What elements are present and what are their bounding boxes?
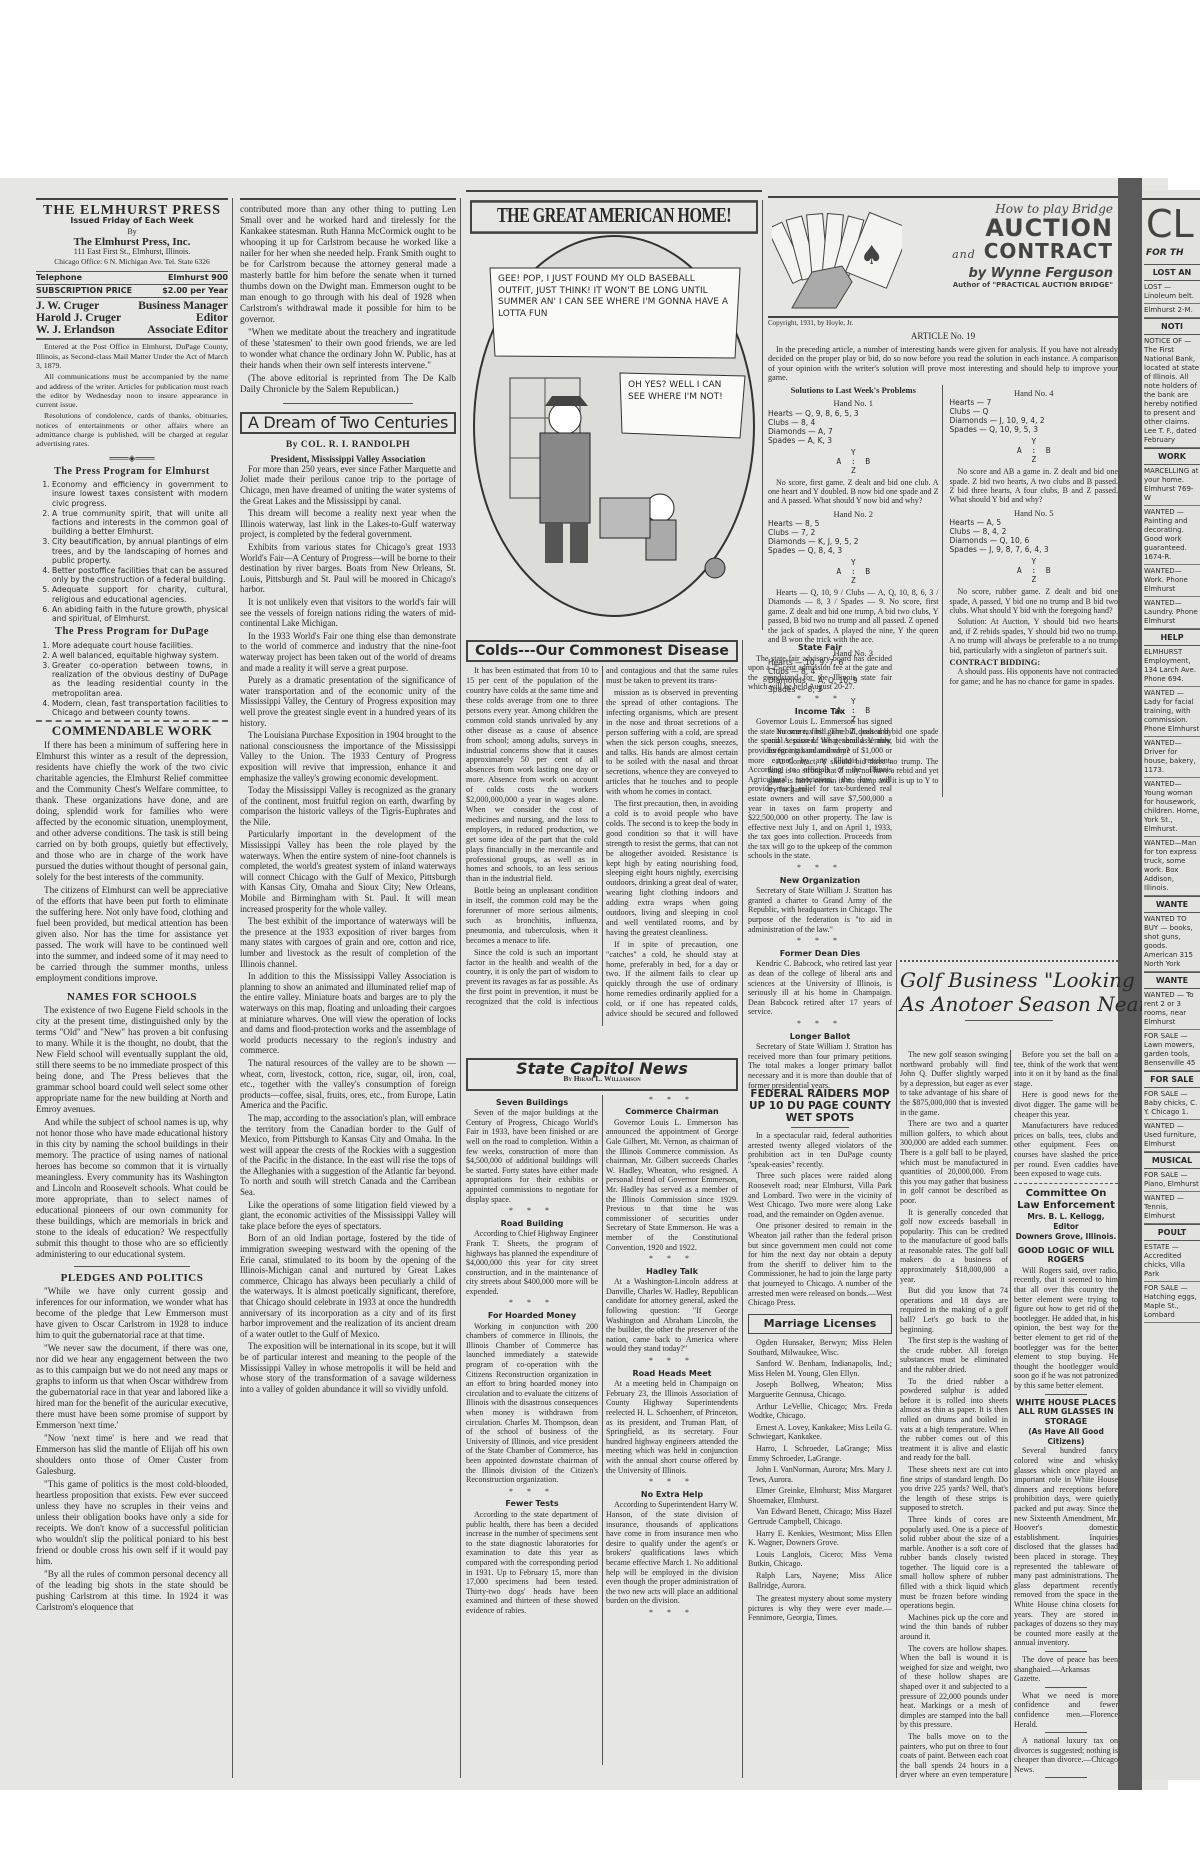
hand-suit-line: Diamonds — Q, 10, 6 xyxy=(949,536,1118,545)
column-rule xyxy=(460,198,461,1778)
program-elmhurst-list: Economy and efficiency in government to … xyxy=(36,480,228,623)
article-paragraph: "We never saw the document, if there was… xyxy=(36,1343,228,1431)
article-paragraph: A national luxury tax on divorces is sug… xyxy=(1014,1736,1118,1774)
marriage-entry: Harry E. Kenkies, Westmont; Miss Ellen K… xyxy=(748,1529,892,1548)
classified-ad: ELMHURST Employment, 134 Larch Ave. Phon… xyxy=(1144,646,1200,687)
subscription-label: SUBSCRIPTION PRICE xyxy=(36,286,132,296)
hand-title: Hand No. 1 xyxy=(768,398,938,408)
article-paragraph: Before you set the ball on a tee, think … xyxy=(1014,1050,1118,1088)
program-item: Greater co-operation between towns, in r… xyxy=(52,661,228,698)
program-item: City beautification, by annual plantings… xyxy=(52,537,228,565)
golf-article: The new golf season swinging northward p… xyxy=(900,1050,1008,1778)
article-paragraph: Kendric C. Babcock, who retired last yea… xyxy=(748,959,892,1017)
hand-title: Hand No. 5 xyxy=(949,508,1118,518)
staff-role: Editor xyxy=(196,312,228,324)
article-paragraph: Machines pick up the core and wind the t… xyxy=(900,1613,1008,1642)
program-dupage-title: The Press Program for DuPage xyxy=(36,627,228,637)
committee-subhead: WHITE HOUSE PLACES ALL RUM GLASSES IN ST… xyxy=(1014,1398,1118,1427)
bridge-column: Copyright, 1931, by Hoyle, Jr. ARTICLE N… xyxy=(768,318,1118,958)
bridge-intro: In the preceding article, a number of in… xyxy=(768,345,1118,383)
staff-role: Business Manager xyxy=(138,300,228,312)
dream-byline: By COL. R. I. RANDOLPH xyxy=(240,440,456,450)
svg-text:♠: ♠ xyxy=(860,241,883,271)
marriage-entry: Sanford W. Benham, Indianapolis, Ind.; M… xyxy=(748,1359,892,1378)
classified-section-header: MUSICAL xyxy=(1144,1152,1200,1169)
compass-grid: Y A : B Z xyxy=(768,558,938,585)
classified-ad: WANTED—Work. Phone Elmhurst xyxy=(1144,565,1200,597)
divider xyxy=(1045,1651,1087,1652)
classified-ad: LOST — Linoleum belt. xyxy=(1144,281,1200,304)
article-paragraph: Manufacturers have reduced prices on bal… xyxy=(1014,1121,1118,1179)
marriage-entry: Ogden Hunsaker, Berwyn; Miss Helen South… xyxy=(748,1338,892,1357)
hand-title: Hand No. 3 xyxy=(768,648,938,658)
separator-stars: * * * xyxy=(606,1254,738,1264)
cartoon-balloon-pop: OH YES? WELL I CAN SEE WHERE I'M NOT! xyxy=(628,380,736,403)
column-rule xyxy=(762,200,763,630)
hand-title: Hand No. 2 xyxy=(768,509,938,519)
hand-note: No score and AB a game in. Z dealt and b… xyxy=(949,467,1118,505)
staff-role: Associate Editor xyxy=(147,324,228,336)
marriage-entry: Louis Langlois, Cicero; Miss Vema Butkin… xyxy=(748,1550,892,1569)
separator-stars: * * * xyxy=(466,1298,598,1308)
article-paragraph: Purely as a dramatic presentation of the… xyxy=(240,675,456,728)
golf-headline-line2: As Anotoer Season Nears xyxy=(900,992,1118,1016)
staff-name: J. W. Cruger xyxy=(36,300,99,312)
masthead: THE ELMHURST PRESS Issued Friday of Each… xyxy=(36,206,228,463)
classified-ad: WANTED—Man for ton express truck, some w… xyxy=(1144,837,1200,896)
article-paragraph: For more than 250 years, ever since Fath… xyxy=(240,464,456,506)
article-paragraph: (The above editorial is reprinted from T… xyxy=(240,373,456,395)
article-paragraph: The balls move on to the painters, who p… xyxy=(900,1732,1008,1778)
subscription-value: $2.00 per Year xyxy=(162,286,228,296)
hand-suit-line: Spades — J, 9, 8, 7, 6, 4, 3 xyxy=(949,545,1118,554)
bridge-header: ♠ How to play Bridge AUCTION and CONTRAC… xyxy=(768,196,1118,318)
bridge-author-of: Author of "PRACTICAL AUCTION BRIDGE" xyxy=(908,281,1113,289)
classified-ad: FOR SALE — Piano, Elmhurst xyxy=(1144,1169,1200,1192)
divider xyxy=(1045,1394,1087,1395)
classified-ad: WANTED TO BUY — books, shot guns, goods.… xyxy=(1144,913,1200,972)
article-paragraph: The map, according to the association's … xyxy=(240,1113,456,1198)
dream-headline: A Dream of Two Centuries xyxy=(244,418,452,428)
hand-cards: Hearts — 8, 5Clubs — 7, 2Diamonds — K, J… xyxy=(768,519,938,555)
news-subhead: Road Building xyxy=(466,1219,598,1229)
news-subhead: For Hoarded Money xyxy=(466,1311,598,1321)
staff-name: Harold J. Cruger xyxy=(36,312,121,324)
classified-ad: FOR SALE — Baby chicks, C. Y. Chicago 1. xyxy=(1144,1088,1200,1120)
committee-subtitle: (As Have All Good Citizens) xyxy=(1014,1427,1118,1446)
article-paragraph: The dove of peace has been shanghaied.—A… xyxy=(1014,1655,1118,1684)
separator-stars: * * * xyxy=(606,1608,738,1618)
article-paragraph: "By all the rules of common personal dec… xyxy=(36,1569,228,1613)
separator-stars: * * * xyxy=(606,1477,738,1487)
bridge-copyright: Copyright, 1931, by Hoyle, Jr. xyxy=(768,318,1118,328)
article-paragraph: Bottle being an unpleasant condition in … xyxy=(466,886,598,945)
classified-section-header: FOR SALE xyxy=(1144,1071,1200,1088)
hand-cards: Hearts — A, 5Clubs — 8, 4, 2Diamonds — Q… xyxy=(949,518,1118,554)
marriage-entry: Joseph Bollweg, Wheaton; Miss Marguerite… xyxy=(748,1380,892,1399)
marriage-entry: Harro, I. Schroeder, LaGrange; Miss Emmy… xyxy=(748,1444,892,1463)
classified-section-header: WORK xyxy=(1144,448,1200,465)
hand-suit-line: Hearts — 7 xyxy=(949,398,1118,407)
compass-grid: Y A : B Z xyxy=(949,437,1118,464)
hand-suit-line: Clubs — 8, 4 xyxy=(768,418,938,427)
separator-stars: * * * xyxy=(466,1487,598,1497)
cartoon-illustration: GEE! POP, I JUST FOUND MY OLD BASEBALL O… xyxy=(470,228,758,633)
article-paragraph: The first step is the washing of the cru… xyxy=(900,1336,1008,1374)
classified-ad: WANTED—Driver for house, bakery, 1173. xyxy=(1144,737,1200,778)
golf-headline-block: Golf Business "Looking Up" As Anotoer Se… xyxy=(900,960,1118,1052)
telephone-row: TelephoneElmhurst 900 xyxy=(36,271,228,284)
article-paragraph: Three kinds of cores are popularly used.… xyxy=(900,1515,1008,1611)
hand-suit-line: Diamonds — J, 10, 9, 4, 2 xyxy=(949,416,1118,425)
hand-note: No score, rubber game. Z dealt and bid o… xyxy=(949,587,1118,615)
hand-cards: Hearts — 7Clubs — QDiamonds — J, 10, 9, … xyxy=(949,398,1118,434)
hand-cards: Hearts — Q, 9, 8, 6, 5, 3Clubs — 8, 4Dia… xyxy=(768,409,938,445)
committee-subhead: GOOD LOGIC OF WILL ROGERS xyxy=(1014,1246,1118,1265)
committee-headline: Committee On Law Enforcement xyxy=(1014,1188,1118,1212)
pledges-politics-headline: PLEDGES AND POLITICS xyxy=(36,1273,228,1283)
marriage-entry: Elmer Greinke, Elmhurst; Miss Margaret S… xyxy=(748,1486,892,1505)
cartoon-balloon-boy: GEE! POP, I JUST FOUND MY OLD BASEBALL O… xyxy=(498,274,730,320)
article-paragraph: It is not unlikely even that visitors to… xyxy=(240,597,456,629)
classifieds-tagline: FOR TH xyxy=(1146,248,1200,258)
column-2: contributed more than any other thing to… xyxy=(240,198,456,1778)
hand-suit-line: Hearts — 8, 5 xyxy=(768,519,938,528)
staff-row: W. J. ErlandsonAssociate Editor xyxy=(36,324,228,336)
program-item: Economy and efficiency in government to … xyxy=(52,480,228,508)
masthead-title: THE ELMHURST PRESS xyxy=(36,206,228,216)
article-paragraph: According to the state department of pub… xyxy=(466,1510,598,1616)
classified-ad: WANTED — Used furniture, Elmhurst xyxy=(1144,1120,1200,1152)
program-item: A true community spirit, that will unite… xyxy=(52,509,228,537)
article-paragraph: Today the Mississippi Valley is recogniz… xyxy=(240,785,456,827)
program-item: More adequate court house facilities. xyxy=(52,641,228,650)
article-paragraph: Seven of the major buildings at the Cent… xyxy=(466,1108,598,1204)
classified-ad: WANTED—Young woman for housework, childr… xyxy=(1144,778,1200,837)
news-subhead: Fewer Tests xyxy=(466,1499,598,1509)
article-paragraph: At a Washington-Lincoln address at Danvi… xyxy=(606,1277,738,1354)
article-paragraph: mission as is observed in preventing the… xyxy=(606,688,738,797)
separator-stars: * * * xyxy=(466,1206,598,1216)
article-paragraph: Here is good news for the divot digger. … xyxy=(1014,1090,1118,1119)
committee-column: Before you set the ball on a tee, think … xyxy=(1014,1050,1118,1778)
article-paragraph: The citizens of Elmhurst can well be app… xyxy=(36,885,228,984)
masthead-address: 111 East First St., Elmhurst, Illinois. xyxy=(36,247,228,257)
hand-suit-line: Diamonds — A, Q, 10, 9 xyxy=(768,676,938,685)
article-paragraph: To the dried rubber a powdered sulphur i… xyxy=(900,1377,1008,1463)
capitol-news: State Capitol News By Hiram L. Williamso… xyxy=(466,1058,738,1778)
notice-text: Resolutions of condolence, cards of than… xyxy=(36,411,228,448)
article-paragraph: In addition to this the Mississippi Vall… xyxy=(240,971,456,1056)
article-paragraph: "While we have only current gossip and i… xyxy=(36,1286,228,1341)
classified-section-header: WANTE xyxy=(1144,896,1200,913)
article-paragraph: One prisoner desired to remain in the Wh… xyxy=(748,1221,892,1307)
subscription-row: SUBSCRIPTION PRICE$2.00 per Year xyxy=(36,284,228,297)
classified-section-header: LOST AN xyxy=(1144,264,1200,281)
bridge-solutions-left: Solutions to Last Week's Problems Hand N… xyxy=(768,385,943,797)
classified-ad: WANTED — Tennis, Elmhurst xyxy=(1144,1192,1200,1224)
compass-grid: Y A : B Z xyxy=(949,557,1118,584)
column-rule xyxy=(1010,1050,1011,1778)
hand-suit-line: Spades — 8, 3 xyxy=(768,685,938,694)
article-paragraph: Working in conjunction with 200 chambers… xyxy=(466,1322,598,1485)
raiders-column: FEDERAL RAIDERS MOP UP 10 DU PAGE COUNTY… xyxy=(748,1088,892,1778)
hand-suit-line: Clubs — 7, 2 xyxy=(768,528,938,537)
hand-suit-line: Spades — A, K, 3 xyxy=(768,436,938,445)
names-for-schools-headline: NAMES FOR SCHOOLS xyxy=(36,992,228,1002)
masthead-notices: Entered at the Post Office in Elmhurst, … xyxy=(36,338,228,448)
program-item: A well balanced, equitable highway syste… xyxy=(52,651,228,660)
compass-grid: Y A : B Z xyxy=(768,697,938,724)
column-rule xyxy=(742,640,743,1778)
program-item: An abiding faith in the future growth, p… xyxy=(52,605,228,623)
classified-ad: FOR SALE — Lawn mowers, garden tools, Be… xyxy=(1144,1030,1200,1071)
news-subhead: Commerce Chairman xyxy=(606,1107,738,1117)
raiders-headline: FEDERAL RAIDERS MOP UP 10 DU PAGE COUNTY… xyxy=(748,1088,892,1124)
program-dupage-list: More adequate court house facilities. A … xyxy=(36,641,228,718)
article-paragraph: contributed more than any other thing to… xyxy=(240,204,456,325)
bridge-solutions-head: Solutions to Last Week's Problems xyxy=(768,385,938,395)
staff-name: W. J. Erlandson xyxy=(36,324,115,336)
classified-section-header: HELP xyxy=(1144,629,1200,646)
bridge-article-number: ARTICLE No. 19 xyxy=(768,331,1118,341)
dream-position: President, Mississippi Valley Associatio… xyxy=(240,454,456,464)
colds-headline: Colds---Our Commonest Disease xyxy=(472,646,732,656)
hand-note: No score, first game. Z dealt and bid on… xyxy=(768,727,938,755)
article-paragraph: If there has been a minimum of suffering… xyxy=(36,740,228,883)
classified-ad: MARCELLING at your home. Elmhurst 769-W xyxy=(1144,465,1200,506)
classified-ad: WANTED — Painting and decorating. Good w… xyxy=(1144,506,1200,565)
hand-title: Hand No. 4 xyxy=(949,388,1118,398)
classified-ad: ESTATE — Accredited chicks, Villa Park xyxy=(1144,1241,1200,1282)
article-paragraph: It is generally conceded that golf now e… xyxy=(900,1208,1008,1285)
article-paragraph: Like the operations of some litigation f… xyxy=(240,1200,456,1232)
article-paragraph: "This game of politics is the most cold-… xyxy=(36,1479,228,1567)
program-item: Adequate support for charity, cultural, … xyxy=(52,585,228,603)
marriage-list: Ogden Hunsaker, Berwyn; Miss Helen South… xyxy=(748,1338,892,1590)
marriage-entry: Arthur LeVellie, Chicago; Mrs. Freda Wod… xyxy=(748,1402,892,1421)
golf-headline-line1: Golf Business "Looking Up" xyxy=(900,968,1118,992)
article-paragraph: "When we meditate about the treachery an… xyxy=(240,327,456,371)
classifieds-page: CL FOR TH LOST ANLOST — Linoleum belt.El… xyxy=(1142,190,1200,1780)
playing-cards-hand-icon: ♠ xyxy=(772,202,902,310)
separator-stars: * * * xyxy=(606,1095,738,1105)
news-subhead: Road Heads Meet xyxy=(606,1369,738,1379)
cartoon-header: THE GREAT AMERICAN HOME! xyxy=(466,190,762,232)
eagle-ornament-icon: ═══◈═══ xyxy=(36,453,228,463)
staff-row: J. W. CrugerBusiness Manager xyxy=(36,300,228,312)
committee-chair: Mrs. B. L. Kellogg, Editor xyxy=(1014,1212,1118,1233)
bridge-subhead: CONTRACT BIDDING: xyxy=(949,657,1118,667)
article-paragraph: Will Rogers said, over radio, recently, … xyxy=(1014,1266,1118,1391)
marriage-entry: Ernest A. Lovey, Kankakee; Miss Leila G.… xyxy=(748,1423,892,1442)
classified-ad: WANTED — Lady for facial training, with … xyxy=(1144,687,1200,737)
compass-grid: Y A : B Z xyxy=(768,448,938,475)
article-paragraph: The new golf season swinging northward p… xyxy=(900,1050,1008,1117)
article-paragraph: It has been estimated that from 10 to 15… xyxy=(466,666,598,884)
hand-suit-line: Diamonds — A, 7 xyxy=(768,427,938,436)
telephone-value: Elmhurst 900 xyxy=(168,273,228,283)
masthead-chicago-office: Chicago Office: 6 N. Michigan Ave. Tel. … xyxy=(36,257,228,267)
divider xyxy=(1045,1687,1087,1688)
separator-stars: * * * xyxy=(748,1019,892,1029)
article-paragraph: The exposition will be international in … xyxy=(240,1341,456,1394)
news-subhead: Hadley Talk xyxy=(606,1267,738,1277)
hand-suit-line: Clubs — 8, 4, 2 xyxy=(949,527,1118,536)
hand-cards: Hearts — 10, 9, 7, 6Clubs — 8, 4Diamonds… xyxy=(768,658,938,694)
notice-text: All communications must be accompanied b… xyxy=(36,372,228,409)
capitol-news-body: Seven BuildingsSeven of the major buildi… xyxy=(466,1095,738,1765)
hand-suit-line: Hearts — Q, 9, 8, 6, 5, 3 xyxy=(768,409,938,418)
bridge-solution: A should pass. His opponents have not co… xyxy=(949,667,1118,686)
masthead-publisher: The Elmhurst Press, Inc. xyxy=(36,237,228,247)
article-paragraph: This dream will become a reality next ye… xyxy=(240,508,456,540)
hand-suit-line: Clubs — Q xyxy=(949,407,1118,416)
bridge-title-contract: CONTRACT xyxy=(984,239,1113,263)
marriage-entry: Ralph Lars, Nayene; Miss Alice Ballridge… xyxy=(748,1571,892,1590)
bridge-solution: At Contract, Y should bid three no trump… xyxy=(768,757,938,795)
classified-section-header: WANTE xyxy=(1144,972,1200,989)
article-paragraph: "Now 'next time' is here and we read tha… xyxy=(36,1433,228,1477)
article-paragraph: Exhibits from various states for Chicago… xyxy=(240,542,456,595)
article-paragraph: The first precaution, then, in avoiding … xyxy=(606,799,738,938)
program-item: Modern, clean, fast transportation facil… xyxy=(52,699,228,717)
bridge-author: by Wynne Ferguson xyxy=(908,266,1113,281)
article-paragraph: In a spectacular raid, federal authoriti… xyxy=(748,1131,892,1169)
article-paragraph: According to Chief Highway Engineer Fran… xyxy=(466,1229,598,1296)
capitol-news-byline: By Hiram L. Williamson xyxy=(472,1074,732,1084)
classified-ad: NOTICE OF — The First National Bank, loc… xyxy=(1144,335,1200,448)
classifieds-banner: CL xyxy=(1146,200,1200,248)
classified-ad: Elmhurst 2-M. xyxy=(1144,304,1200,318)
article-paragraph: The existence of two Eugene Field school… xyxy=(36,1005,228,1115)
article-paragraph: Born of an old Indian portage, fostered … xyxy=(240,1233,456,1339)
hand-suit-line: Hearts — 10, 9, 7, 6 xyxy=(768,658,938,667)
article-paragraph: These sheets next are cut into fine stri… xyxy=(900,1465,1008,1513)
article-paragraph: The best exhibit of the importance of wa… xyxy=(240,916,456,969)
classified-section-header: POULT xyxy=(1144,1224,1200,1241)
marriage-entry: Van Edward Benett, Chicago; Miss Hazel G… xyxy=(748,1507,892,1526)
news-subhead: Seven Buildings xyxy=(466,1098,598,1108)
telephone-label: Telephone xyxy=(36,273,82,283)
hand-suit-line: Hearts — A, 5 xyxy=(949,518,1118,527)
notice-text: Entered at the Post Office in Elmhurst, … xyxy=(36,342,228,370)
filler-quip: The greatest mystery about some mystery … xyxy=(748,1594,892,1623)
committee-town: Downers Grove, Illinois. xyxy=(1014,1232,1118,1242)
classified-section-header: NOTI xyxy=(1144,318,1200,335)
bridge-solution: Solution: At Auction, Y should bid two h… xyxy=(949,617,1118,655)
article-paragraph: In the 1933 World's Fair one thing else … xyxy=(240,631,456,673)
classified-ad: WANTED — To rent 2 or 3 rooms, near Elmh… xyxy=(1144,989,1200,1030)
hand-note: Hearts — Q, 10, 9 / Clubs — A, Q, 10, 8,… xyxy=(768,588,938,644)
hand-suit-line: Diamonds — K, J, 9, 5, 2 xyxy=(768,537,938,546)
hand-suit-line: Spades — Q, 10, 9, 5, 3 xyxy=(949,425,1118,434)
commendable-work-headline: COMMENDABLE WORK xyxy=(36,726,228,736)
column-1: THE ELMHURST PRESS Issued Friday of Each… xyxy=(36,198,228,1778)
divider xyxy=(1045,1777,1087,1778)
article-paragraph: Secretary of State William J. Stratton h… xyxy=(748,1042,892,1090)
article-paragraph: But did you know that 74 operations and … xyxy=(900,1286,1008,1334)
news-subhead: No Extra Help xyxy=(606,1490,738,1500)
classified-ad: FOR SALE — Hatching eggs, Maple St., Lom… xyxy=(1144,1282,1200,1323)
article-paragraph: And while the subject of school names is… xyxy=(36,1117,228,1260)
divider xyxy=(1045,1732,1087,1733)
news-subhead: Longer Ballot xyxy=(748,1032,892,1042)
bridge-solutions-right: Hand No. 4Hearts — 7Clubs — QDiamonds — … xyxy=(949,385,1118,797)
column-rule xyxy=(232,198,233,1778)
dream-headline-box: A Dream of Two Centuries xyxy=(240,412,456,434)
hand-suit-line: Clubs — 8, 4 xyxy=(768,667,938,676)
article-paragraph: Particularly important in the developmen… xyxy=(240,829,456,914)
article-paragraph: According to Superintendent Harry W. Han… xyxy=(606,1500,738,1606)
column-rule xyxy=(896,960,897,1778)
staff-row: Harold J. CrugerEditor xyxy=(36,312,228,324)
article-paragraph: What we need is more confidence and fewe… xyxy=(1014,1691,1118,1729)
marriage-entry: John I. VanNorman, Aurora; Mrs. Mary J. … xyxy=(748,1465,892,1484)
article-paragraph: At a meeting held in Champaign on Februa… xyxy=(606,1379,738,1475)
hand-suit-line: Spades — Q, 8, 4, 3 xyxy=(768,546,938,555)
article-paragraph: The Louisiana Purchase Exposition in 190… xyxy=(240,730,456,783)
article-paragraph: Three such places were raided along Roos… xyxy=(748,1171,892,1219)
article-paragraph: The natural resources of the valley are … xyxy=(240,1058,456,1111)
bridge-title-and: and xyxy=(952,248,976,261)
classified-ad: WANTED—Laundry. Phone Elmhurst xyxy=(1144,597,1200,629)
article-paragraph: The covers are hollow shapes. When the b… xyxy=(900,1644,1008,1730)
bridge-title-auction: AUCTION xyxy=(908,216,1113,240)
program-elmhurst-title: The Press Program for Elmhurst xyxy=(36,467,228,477)
marriage-headline: Marriage Licenses xyxy=(753,1319,887,1329)
article-paragraph: Several hundred fancy colored wine and w… xyxy=(1014,1446,1118,1647)
capitol-news-headline: State Capitol News xyxy=(472,1064,732,1074)
colds-article: Colds---Our Commonest Disease It has bee… xyxy=(466,640,738,1050)
article-paragraph: There are two and a quarter million golf… xyxy=(900,1119,1008,1205)
article-paragraph: Governor Louis L. Emmerson has announced… xyxy=(606,1118,738,1252)
separator-stars: * * * xyxy=(606,1356,738,1366)
program-item: Better postoffice facilities that can be… xyxy=(52,566,228,584)
dream-body: For more than 250 years, ever since Fath… xyxy=(240,464,456,1394)
hand-note: No score, first game. Z dealt and bid on… xyxy=(768,478,938,506)
staff-list: J. W. CrugerBusiness Manager Harold J. C… xyxy=(36,297,228,336)
